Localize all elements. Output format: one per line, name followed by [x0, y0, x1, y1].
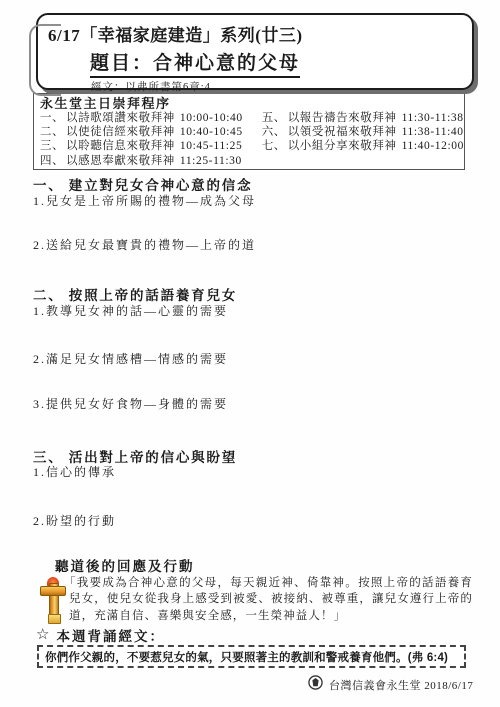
worship-order-left-column: 一、 以詩歌頌讚來敬拜神 10:00-10:40 二、 以使徒信經來敬拜神 10… — [40, 111, 262, 168]
response-quote: 「我要成為合神心意的父母，每天親近神、倚靠神。按照上帝的話語養育兒女，使兒女從我… — [64, 575, 473, 624]
worship-order-columns: 一、 以詩歌頌讚來敬拜神 10:00-10:40 二、 以使徒信經來敬拜神 10… — [40, 111, 464, 168]
outline-item: 2.盼望的行動 — [33, 512, 116, 529]
header-box: 6/17「幸福家庭建造」系列(廿三) 題目：合神心意的父母 經文：以弗所書第6章… — [36, 13, 474, 90]
sermon-title: 題目：合神心意的父母 — [90, 48, 300, 78]
series-line: 6/17「幸福家庭建造」系列(廿三) — [48, 21, 472, 46]
outline-item: 2.送給兒女最寶貴的禮物—上帝的道 — [33, 236, 256, 253]
cross-arm — [40, 586, 66, 596]
memory-verse-label-row: ☆ 本週背誦經文： — [36, 625, 165, 645]
outline-section-2-heading: 二、 按照上帝的話語養育兒女 — [33, 284, 237, 304]
worship-item: 二、 以使徒信經來敬拜神 10:40-10:45 — [40, 125, 262, 139]
memory-verse-label: 本週背誦經文： — [56, 625, 165, 645]
cross-foot — [48, 614, 61, 624]
worship-order-title: 永生堂主日崇拜程序 — [40, 96, 464, 111]
worship-order-right-column: 五、 以報告禱告來敬拜神 11:30-11:38 六、 以領受祝福來敬拜神 11… — [262, 111, 464, 168]
outline-item: 1.信心的傳承 — [33, 463, 116, 480]
outline-item: 3.提供兒女好食物—身體的需要 — [33, 395, 228, 412]
cross-icon — [39, 577, 67, 627]
memory-verse-box: 你們作父親的，不要惹兒女的氣，只要照著主的教訓和警戒養育他們。(弗 6:4) — [37, 645, 466, 668]
worship-item: 四、 以感恩奉獻來敬拜神 11:25-11:30 — [40, 154, 262, 168]
worship-order-box: 永生堂主日崇拜程序 一、 以詩歌頌讚來敬拜神 10:00-10:40 二、 以使… — [33, 93, 465, 170]
footer: 台灣信義會永生堂 2018/6/17 — [308, 675, 473, 695]
star-icon: ☆ — [36, 628, 49, 643]
outline-section-1-heading: 一、 建立對兒女合神心意的信念 — [33, 174, 252, 194]
worship-item: 七、 以小組分享來敬拜神 11:40-12:00 — [262, 139, 464, 153]
outline-item: 1.教導兒女神的話—心靈的需要 — [33, 302, 228, 319]
church-logo-icon — [308, 675, 323, 695]
outline-item: 2.滿足兒女情感槽—情感的需要 — [33, 350, 228, 367]
worship-item: 五、 以報告禱告來敬拜神 11:30-11:38 — [262, 111, 464, 125]
outline-item: 1.兒女是上帝所賜的禮物—成為父母 — [33, 192, 256, 209]
response-heading: 聽道後的回應及行動 — [55, 555, 195, 575]
worship-item: 一、 以詩歌頌讚來敬拜神 10:00-10:40 — [40, 111, 262, 125]
scripture-reference: 經文：以弗所書第6章:4 — [91, 79, 472, 94]
worship-item: 三、 以聆聽信息來敬拜神 10:45-11:25 — [40, 139, 262, 153]
footer-church-date: 台灣信義會永生堂 2018/6/17 — [329, 677, 473, 693]
bulletin-page: 6/17「幸福家庭建造」系列(廿三) 題目：合神心意的父母 經文：以弗所書第6章… — [0, 0, 500, 707]
memory-verse-text: 你們作父親的，不要惹兒女的氣，只要照著主的教訓和警戒養育他們。(弗 6:4) — [45, 649, 448, 665]
worship-item: 六、 以領受祝福來敬拜神 11:38-11:40 — [262, 125, 464, 139]
